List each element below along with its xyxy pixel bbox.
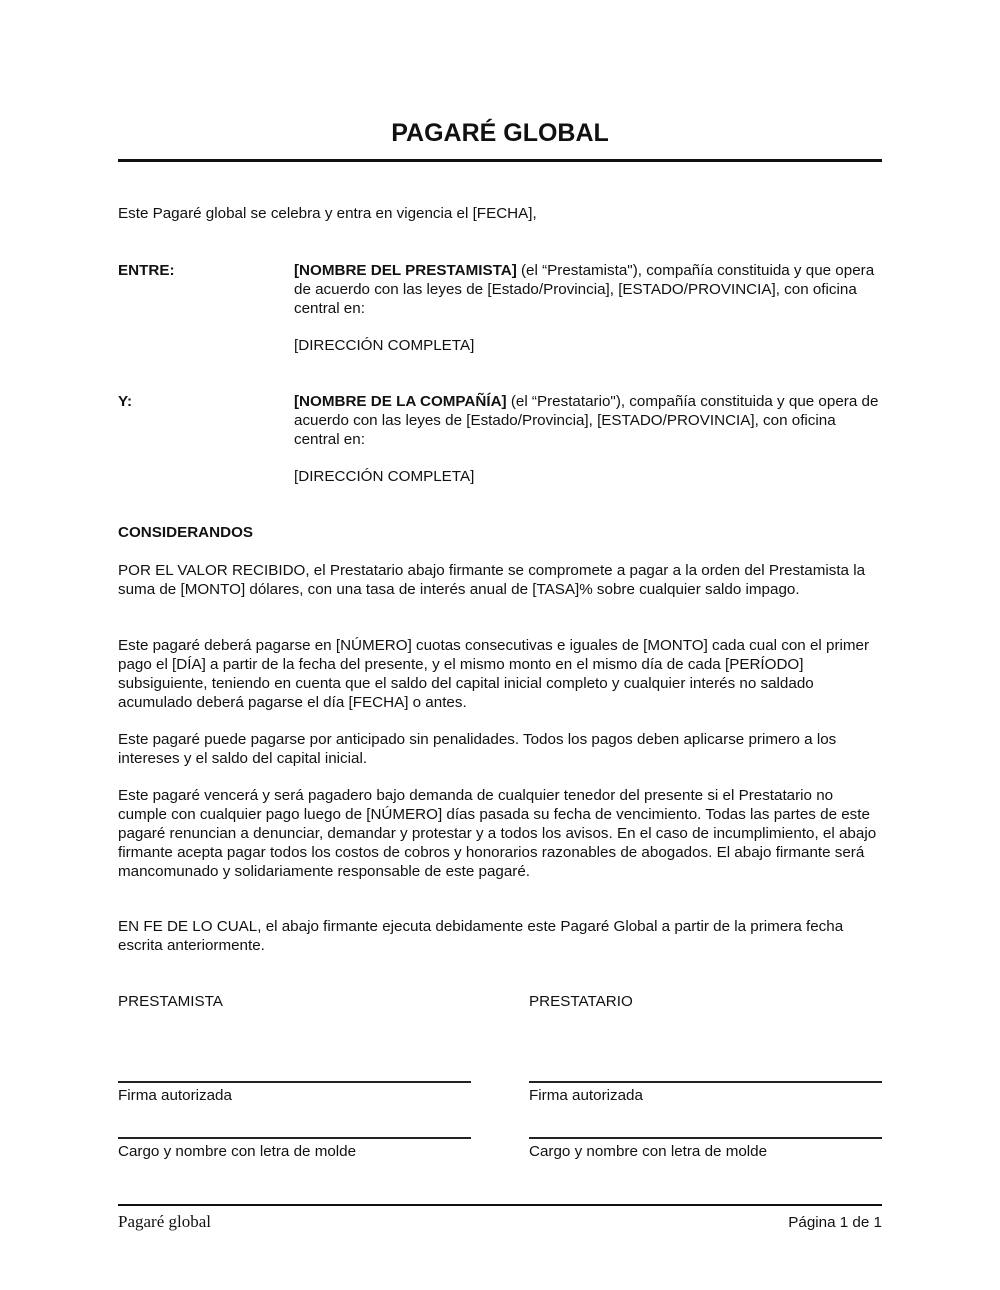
witness-clause: EN FE DE LO CUAL, el abajo firmante ejec… — [118, 917, 882, 955]
paragraph-prepayment: Este pagaré puede pagarse por anticipado… — [118, 730, 882, 768]
paragraph-default: Este pagaré vencerá y será pagadero bajo… — [118, 786, 882, 881]
signature-party-borrower: PRESTATARIO — [529, 992, 633, 1011]
party-borrower-description: [NOMBRE DE LA COMPAÑÍA] (el “Prestatario… — [294, 392, 884, 449]
signature-party-lender: PRESTAMISTA — [118, 992, 223, 1011]
signature-label-borrower: Firma autorizada — [529, 1086, 643, 1105]
footer-page-number: Página 1 de 1 — [788, 1213, 882, 1232]
party-lender-description: [NOMBRE DEL PRESTAMISTA] (el “Prestamist… — [294, 261, 884, 318]
name-line-borrower — [529, 1137, 882, 1139]
footer-document-name: Pagaré global — [118, 1212, 211, 1232]
paragraph-payment: POR EL VALOR RECIBIDO, el Prestatario ab… — [118, 561, 882, 599]
document-title: PAGARÉ GLOBAL — [118, 118, 882, 148]
borrower-name: [NOMBRE DE LA COMPAÑÍA] — [294, 393, 507, 410]
recitals-heading: CONSIDERANDOS — [118, 523, 882, 542]
borrower-address: [DIRECCIÓN COMPLETA] — [294, 467, 884, 486]
lender-address: [DIRECCIÓN COMPLETA] — [294, 336, 884, 355]
signature-label-lender: Firma autorizada — [118, 1086, 232, 1105]
signature-line-lender — [118, 1081, 471, 1083]
footer-divider — [118, 1204, 882, 1206]
title-divider — [118, 159, 882, 162]
signature-line-borrower — [529, 1081, 882, 1083]
name-line-lender — [118, 1137, 471, 1139]
party-label-borrower: Y: — [118, 392, 132, 411]
name-label-borrower: Cargo y nombre con letra de molde — [529, 1142, 767, 1161]
name-label-lender: Cargo y nombre con letra de molde — [118, 1142, 356, 1161]
paragraph-installments: Este pagaré deberá pagarse en [NÚMERO] c… — [118, 636, 882, 712]
intro-text: Este Pagaré global se celebra y entra en… — [118, 204, 882, 223]
party-label-lender: ENTRE: — [118, 261, 175, 280]
lender-name: [NOMBRE DEL PRESTAMISTA] — [294, 262, 517, 279]
